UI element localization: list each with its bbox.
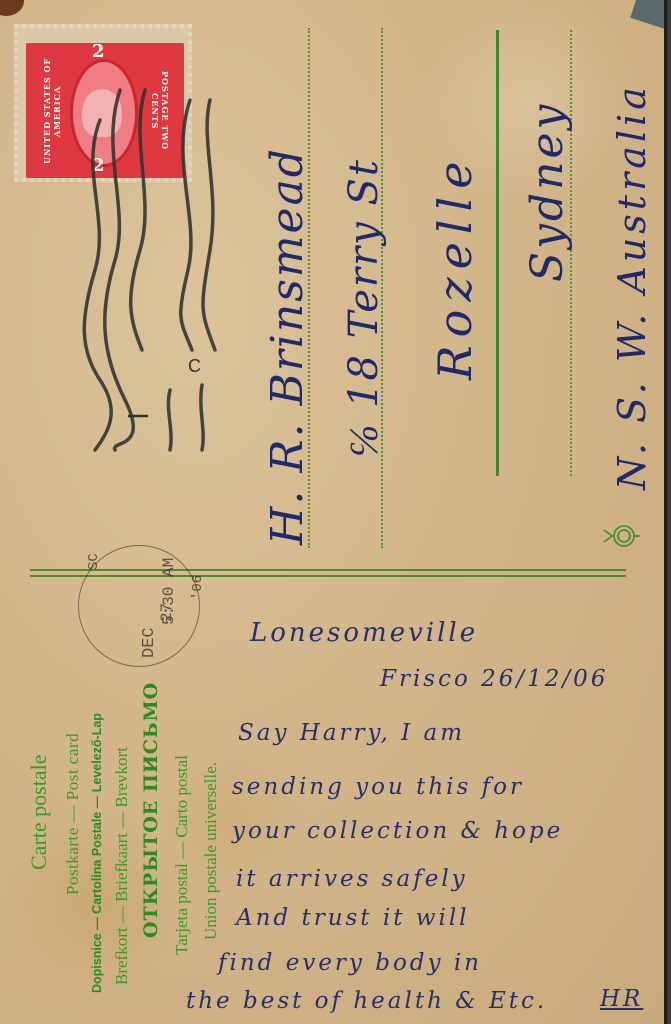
postmark-month: DEC xyxy=(140,627,159,658)
printed-russian: ОТКРЫТОЕ ПИСЬМО xyxy=(140,682,162,938)
wavy-cancellation-mark: C xyxy=(70,20,250,460)
message-dateline: Frisco 26/12/06 xyxy=(380,666,608,692)
message-line: And trust it will xyxy=(236,905,470,931)
torn-corner xyxy=(630,0,667,29)
message-line: the best of health & Etc. xyxy=(186,988,547,1014)
message-line: Say Harry, I am xyxy=(238,720,465,746)
printed-tarjeta: Tarjeta postal — Carto postal xyxy=(172,755,192,955)
address-line-street: ℅ 18 Terry St xyxy=(340,158,387,458)
message-line: it arrives safely xyxy=(236,866,468,892)
printed-brefkort: Brefkort — Briefkaart — Brevkort xyxy=(112,747,132,985)
address-guide-line-solid xyxy=(496,30,499,476)
postmark-city: SC xyxy=(86,553,102,570)
cancellation-letter: C xyxy=(188,356,201,376)
torn-corner xyxy=(0,0,24,16)
postcard: UNITED STATES OF AMERICA POSTAGE TWO CEN… xyxy=(0,0,667,1024)
postmark-year: '06 xyxy=(190,575,206,600)
address-line-suburb: Rozelle xyxy=(428,154,482,380)
publisher-emblem-icon xyxy=(602,522,646,550)
stamp-country: UNITED STATES OF AMERICA xyxy=(42,53,62,169)
printed-union-postale: Union postale universelle. xyxy=(201,762,221,940)
printed-carte-postale: Carte postale xyxy=(26,755,52,870)
address-line-city: Sydney xyxy=(522,102,573,282)
message-signature: HR xyxy=(600,986,643,1012)
postmark-time: 5:30 AM xyxy=(160,558,178,625)
message-line: your collection & hope xyxy=(232,818,563,844)
address-line-name: H. R. Brinsmead xyxy=(262,147,313,545)
message-place: Lonesomeville xyxy=(250,618,478,648)
printed-postkarte: Postkarte — Post card xyxy=(63,733,83,895)
message-line: find every body in xyxy=(218,950,482,976)
printed-dopisnice: Dopisnice — Cartolina Postale — Levelező… xyxy=(90,713,104,993)
message-line: sending you this for xyxy=(232,774,524,800)
address-line-state-country: N. S. W. Australia xyxy=(610,83,654,490)
